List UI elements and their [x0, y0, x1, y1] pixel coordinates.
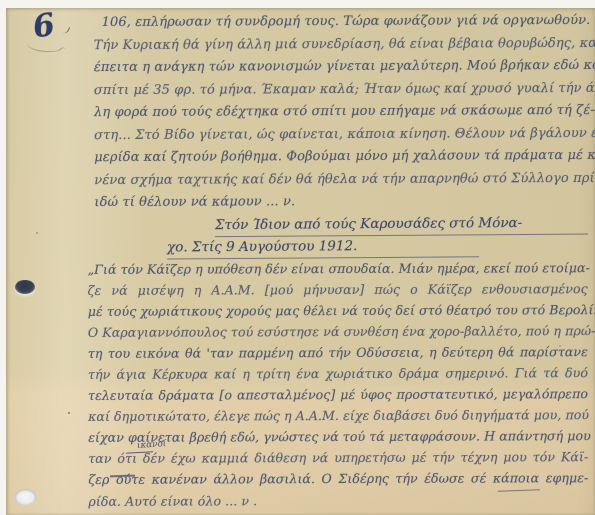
manuscript-line: τελευταία δράματα [ο απεσταλμένος] μέ ύφ…	[88, 383, 588, 406]
interlinear-inserted-word: ικανοί	[137, 439, 167, 451]
punch-hole-top	[15, 280, 35, 294]
manuscript-line: ζερ ούτε κανέναν άλλον βασιλιά. Ο Σιδέρη…	[88, 468, 588, 491]
manuscript-line: 106, επλήρωσαν τή συνδρομή τους. Τώρα φω…	[94, 10, 588, 35]
letter-heading: Στόν Ίδιον από τούς Καρουσάδες στό Μόνα-…	[167, 215, 588, 260]
manuscript-line: καί δημοτικώτατο, έλεγε πώς η Α.Α.Μ. είχ…	[88, 404, 588, 427]
manuscript-line: έπειτα η ανάγκη τών κανονισμών γίνεται μ…	[94, 55, 588, 80]
paper-speck	[36, 232, 38, 234]
paper-speck	[68, 412, 70, 414]
manuscript-line: Ο Καραγιαννόπουλος τού εσύστησε νά συνθέ…	[88, 320, 588, 343]
manuscript-line: ιδώ τί θέλουν νά κάμουν ... ν.	[94, 190, 588, 215]
paragraph-top: 106, επλήρωσαν τή συνδρομή τους. Τώρα φω…	[94, 10, 589, 215]
manuscript-line: „Γιά τόν Κάϊζερ η υπόθεση δέν είναι σπου…	[88, 257, 588, 280]
paper-speck	[559, 345, 561, 347]
manuscript-line: ζε νά μισέψη η Α.Α.Μ. [μού μήνυσαν] πώς …	[88, 278, 588, 301]
manuscript-line: μερίδα καί ζητούν βοήθημα. Φοβούμαι μόνο…	[94, 145, 588, 170]
heading-line-1: Στόν Ίδιον από τούς Καρουσάδες στό Μόνα-	[215, 215, 588, 238]
manuscript-line: νένα σχήμα ταχτικής καί δέν θά ήθελα νά …	[94, 168, 588, 193]
paragraph-letter-body: „Γιά τόν Κάϊζερ η υπόθεση δέν είναι σπου…	[88, 257, 589, 511]
punch-hole-bottom	[15, 489, 36, 505]
manuscript-line: Τήν Κυριακή θά γίνη άλλη μιά συνεδρίαση,…	[94, 32, 588, 57]
manuscript-line: μέ τούς χωριάτικους χορούς μας θέλει νά …	[88, 299, 588, 322]
scanned-manuscript-page: { "manuscript": { "page_number": "6", "p…	[0, 0, 595, 515]
manuscript-line: τήν άγια Κέρκυρα καί η τρίτη ένα χωριάτι…	[88, 362, 588, 385]
manuscript-line: στη... Στό Βίδο γίνεται, ώς φαίνεται, κά…	[94, 123, 588, 148]
heading-line-2-date: χο. Στίς 9 Αυγούστου 1912.	[167, 237, 479, 259]
manuscript-line: τη του εικόνα θά 'ταν παρμένη από τήν Οδ…	[88, 341, 588, 364]
manuscript-line: λη φορά πού τούς εδέχτηκα στό σπίτι μου …	[94, 100, 588, 125]
manuscript-line: ταν ότι δέν έχω καμμιά διάθεση νά υπηρετ…	[88, 447, 588, 470]
manuscript-line: σπίτι μέ 35 φρ. τό μήνα. Έκαμαν καλά; Ήτ…	[94, 78, 588, 103]
manuscript-line: ρίδα. Αυτό είναι όλο ... ν .	[88, 489, 588, 512]
